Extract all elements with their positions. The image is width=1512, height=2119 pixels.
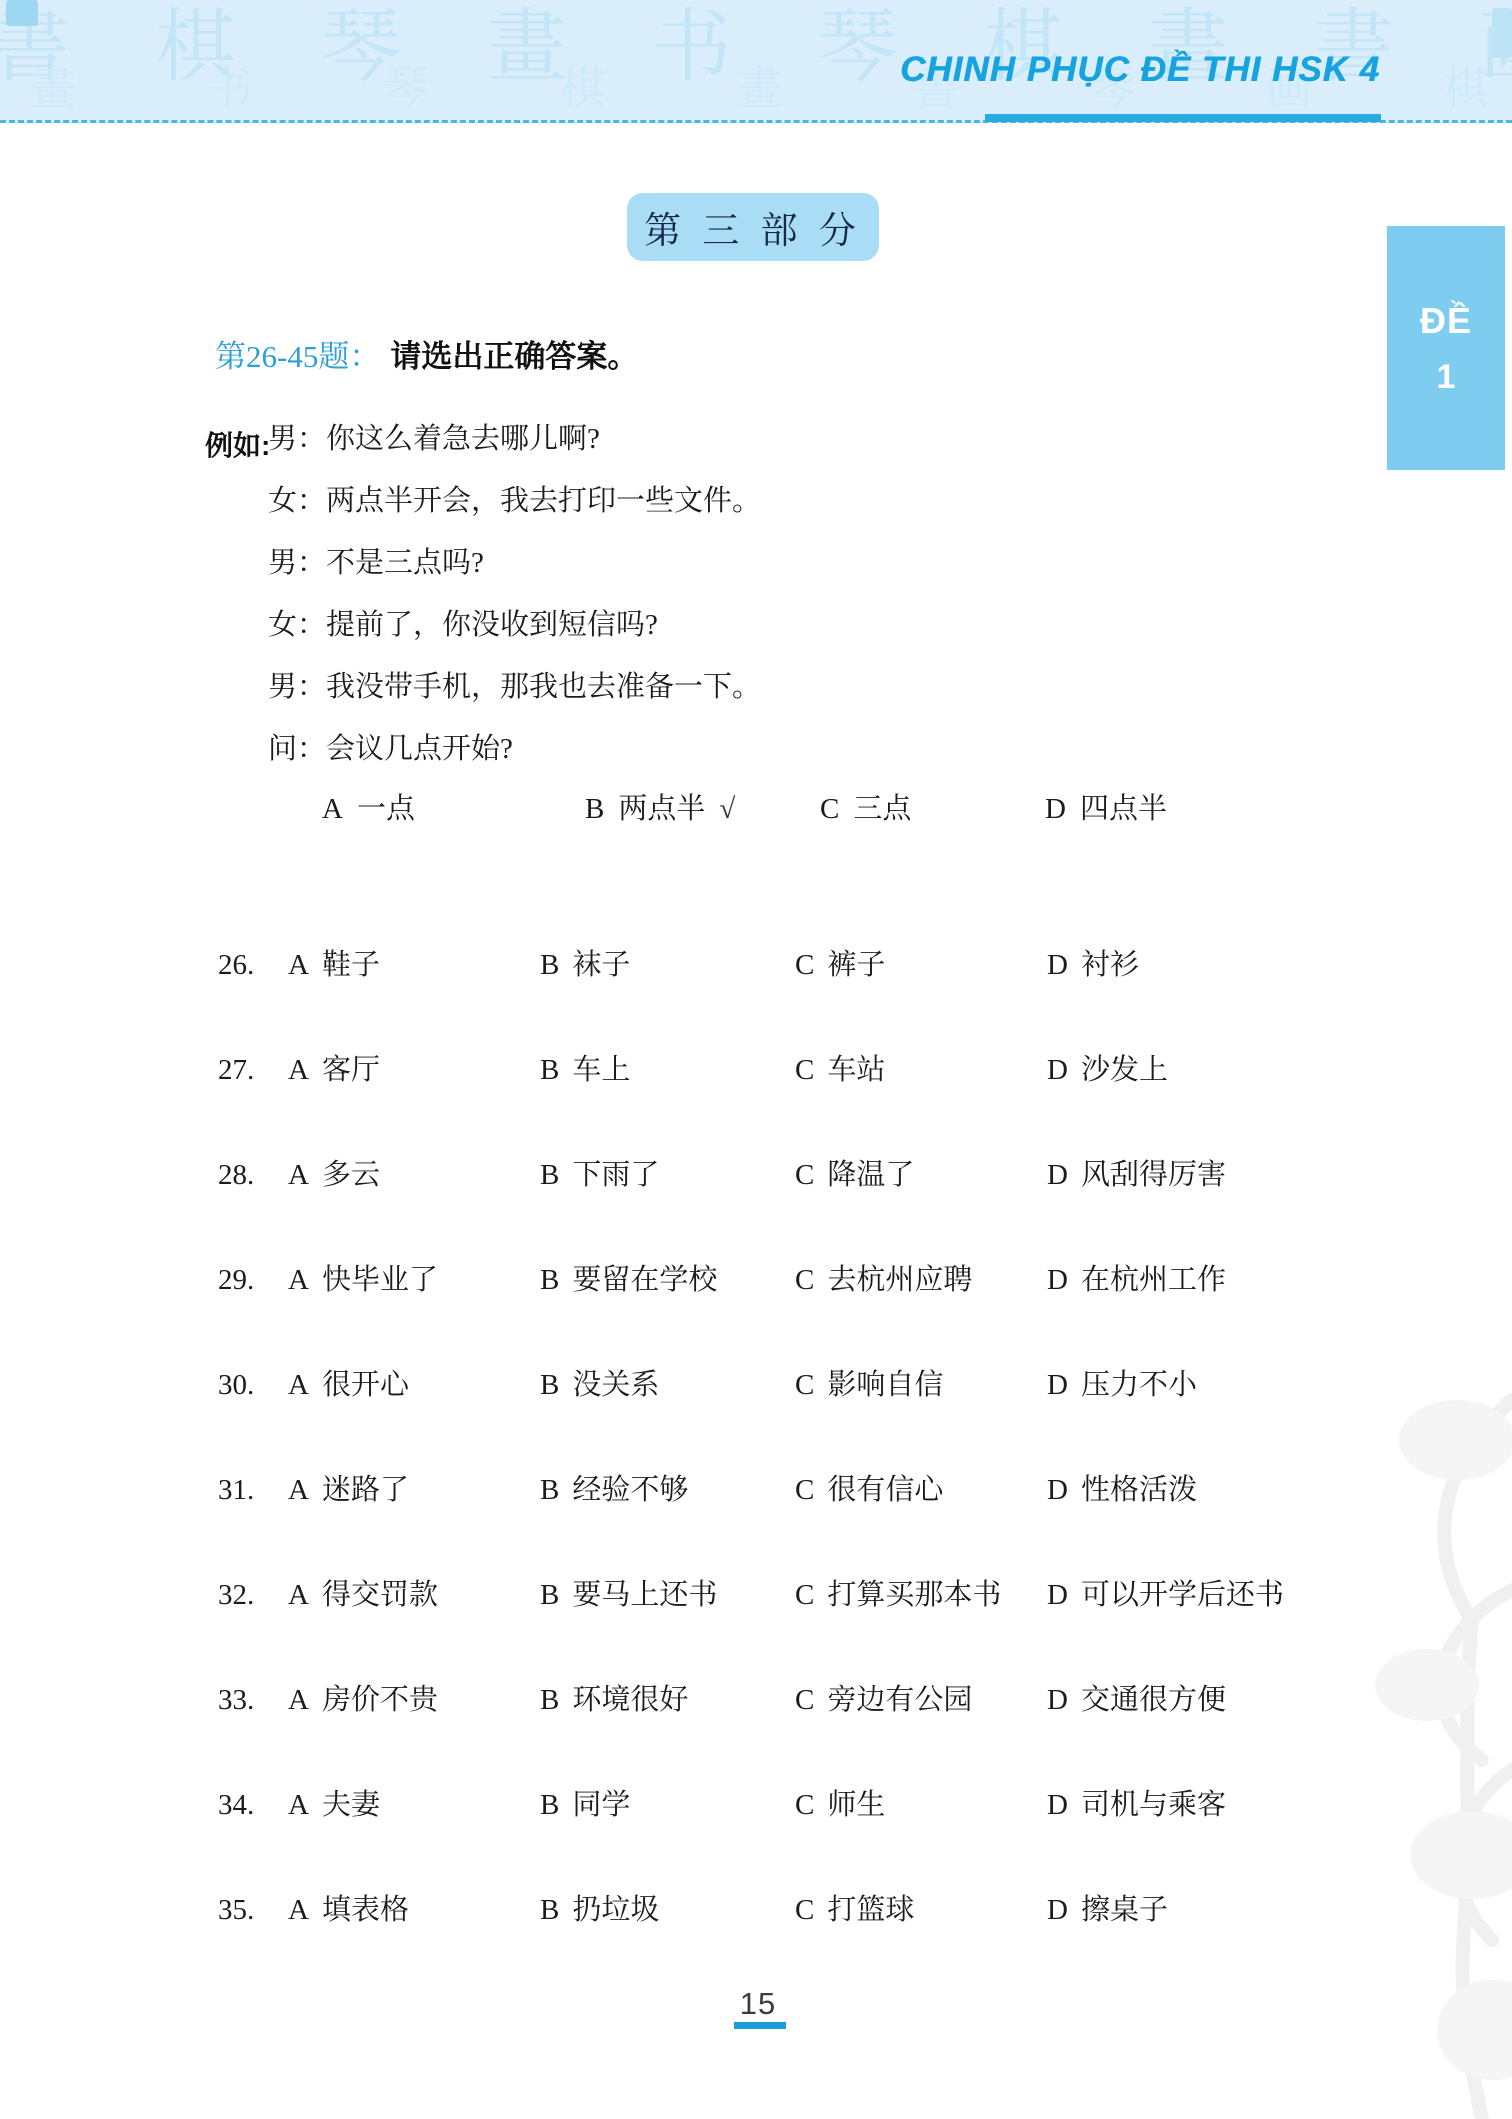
option-text: 多云 <box>322 1159 380 1191</box>
option-letter: A <box>288 1894 309 1926</box>
book-title: CHINH PHỤC ĐỀ THI HSK 4 <box>900 50 1380 90</box>
question-range: 第26-45题： <box>215 339 380 374</box>
option-letter: B <box>540 949 559 981</box>
option-text: 降温了 <box>827 1159 914 1191</box>
option-letter: B <box>540 1579 559 1611</box>
option-letter: D <box>1047 1684 1068 1716</box>
dialogue-line: 男：不是三点吗? <box>268 545 761 581</box>
option-a: A填表格 <box>288 1890 540 1930</box>
question-row: 27. A客厅 B车上 C车站 D沙发上 <box>218 1050 1168 1090</box>
question-number: 34. <box>218 1785 288 1825</box>
option-text: 要马上还书 <box>572 1579 717 1611</box>
question-row: 35. A填表格 B扔垃圾 C打篮球 D擦桌子 <box>218 1890 1168 1930</box>
question-number: 32. <box>218 1575 288 1615</box>
option-letter: C <box>795 1894 814 1926</box>
checkmark: √ <box>719 793 735 825</box>
question-row: 28. A多云 B下雨了 C降温了 D风刮得厉害 <box>218 1155 1226 1195</box>
option-text: 在杭州工作 <box>1081 1264 1226 1296</box>
option-c: C车站 <box>795 1050 1047 1090</box>
dialogue-line: 问：会议几点开始? <box>268 731 761 767</box>
side-tab-number: 1 <box>1437 358 1456 397</box>
dialogue-line: 女：提前了，你没收到短信吗? <box>268 607 761 643</box>
option-letter: C <box>795 1159 814 1191</box>
example-label: 例如: <box>205 424 270 464</box>
dialogue-line: 男：你这么着急去哪儿啊? <box>268 421 761 457</box>
option-b: B扔垃圾 <box>540 1890 795 1930</box>
question-number: 35. <box>218 1890 288 1930</box>
option-a: A很开心 <box>288 1365 540 1405</box>
option-c: C影响自信 <box>795 1365 1047 1405</box>
option-text: 要留在学校 <box>572 1264 717 1296</box>
option-text: 裤子 <box>827 949 885 981</box>
option-a: A多云 <box>288 1155 540 1195</box>
section-title-box: 第 三 部 分 <box>627 193 879 261</box>
question-row: 31. A迷路了 B经验不够 C很有信心 D性格活泼 <box>218 1470 1197 1510</box>
option-letter: C <box>795 1369 814 1401</box>
option-text: 车站 <box>827 1054 885 1086</box>
option-text: 没关系 <box>572 1369 659 1401</box>
option-text: 三点 <box>853 793 911 825</box>
option-c: C打算买那本书 <box>795 1575 1047 1615</box>
option-text: 客厅 <box>322 1054 380 1086</box>
option-c: C师生 <box>795 1785 1047 1825</box>
option-c: C裤子 <box>795 945 1047 985</box>
question-row: 34. A夫妻 B同学 C师生 D司机与乘客 <box>218 1785 1226 1825</box>
option-d: D沙发上 <box>1047 1050 1168 1090</box>
option-text: 司机与乘客 <box>1081 1789 1226 1821</box>
page-number-underline <box>734 2022 786 2029</box>
option-letter: A <box>288 1369 309 1401</box>
option-text: 四点半 <box>1080 793 1167 825</box>
title-underline-bar <box>985 114 1381 122</box>
instruction-text: 请选出正确答案。 <box>390 339 638 374</box>
option-text: 房价不贵 <box>322 1684 438 1716</box>
option-b: B要留在学校 <box>540 1260 795 1300</box>
option-text: 性格活泼 <box>1081 1474 1197 1506</box>
question-row: 33. A房价不贵 B环境很好 C旁边有公园 D交通很方便 <box>218 1680 1226 1720</box>
option-text: 两点半 <box>618 793 705 825</box>
question-number: 30. <box>218 1365 288 1405</box>
option-text: 风刮得厉害 <box>1081 1159 1226 1191</box>
option-text: 擦桌子 <box>1081 1894 1168 1926</box>
option-letter: B <box>540 1369 559 1401</box>
option-letter: A <box>288 1789 309 1821</box>
example-dialogue: 男：你这么着急去哪儿啊? 女：两点半开会，我去打印一些文件。 男：不是三点吗? … <box>268 421 761 767</box>
option-d: D擦桌子 <box>1047 1890 1168 1930</box>
option-letter: A <box>288 1474 309 1506</box>
option-letter: A <box>288 1264 309 1296</box>
example-option-b: B两点半√ <box>585 786 735 827</box>
option-a: A客厅 <box>288 1050 540 1090</box>
option-letter: D <box>1047 1054 1068 1086</box>
option-text: 一点 <box>357 793 415 825</box>
side-tab-de-1: ĐỀ 1 <box>1387 226 1505 470</box>
option-b: B同学 <box>540 1785 795 1825</box>
question-row: 32. A得交罚款 B要马上还书 C打算买那本书 D可以开学后还书 <box>218 1575 1284 1615</box>
option-d: D性格活泼 <box>1047 1470 1197 1510</box>
option-letter: D <box>1047 1369 1068 1401</box>
side-tab-label: ĐỀ <box>1420 300 1472 342</box>
question-row: 29. A快毕业了 B要留在学校 C去杭州应聘 D在杭州工作 <box>218 1260 1226 1300</box>
option-letter: D <box>1047 1159 1068 1191</box>
option-letter: B <box>540 1264 559 1296</box>
option-text: 同学 <box>572 1789 630 1821</box>
example-option-c: C三点 <box>820 786 925 827</box>
option-text: 快毕业了 <box>322 1264 438 1296</box>
option-text: 可以开学后还书 <box>1081 1579 1284 1611</box>
option-text: 影响自信 <box>827 1369 943 1401</box>
option-letter: C <box>795 1474 814 1506</box>
option-text: 很开心 <box>322 1369 409 1401</box>
option-text: 填表格 <box>322 1894 409 1926</box>
option-b: B经验不够 <box>540 1470 795 1510</box>
option-b: B袜子 <box>540 945 795 985</box>
option-letter: D <box>1047 1579 1068 1611</box>
option-letter: D <box>1047 1789 1068 1821</box>
option-d: D可以开学后还书 <box>1047 1575 1284 1615</box>
option-text: 沙发上 <box>1081 1054 1168 1086</box>
option-b: B下雨了 <box>540 1155 795 1195</box>
option-letter: A <box>288 1579 309 1611</box>
option-letter: C <box>795 1054 814 1086</box>
option-d: D交通很方便 <box>1047 1680 1226 1720</box>
option-a: A鞋子 <box>288 945 540 985</box>
option-b: B要马上还书 <box>540 1575 795 1615</box>
option-letter: B <box>540 1894 559 1926</box>
question-number: 26. <box>218 945 288 985</box>
option-letter: A <box>288 949 309 981</box>
option-text: 迷路了 <box>322 1474 409 1506</box>
option-d: D在杭州工作 <box>1047 1260 1226 1300</box>
option-b: B没关系 <box>540 1365 795 1405</box>
option-letter: B <box>585 793 604 825</box>
question-row: 26. A鞋子 B袜子 C裤子 D衬衫 <box>218 945 1139 985</box>
option-c: C降温了 <box>795 1155 1047 1195</box>
option-d: D压力不小 <box>1047 1365 1197 1405</box>
option-text: 衬衫 <box>1081 949 1139 981</box>
option-letter: D <box>1047 949 1068 981</box>
option-b: B车上 <box>540 1050 795 1090</box>
option-letter: C <box>795 1579 814 1611</box>
question-number: 27. <box>218 1050 288 1090</box>
option-letter: B <box>540 1474 559 1506</box>
option-a: A快毕业了 <box>288 1260 540 1300</box>
option-letter: B <box>540 1054 559 1086</box>
dialogue-line: 男：我没带手机，那我也去准备一下。 <box>268 669 761 705</box>
option-a: A得交罚款 <box>288 1575 540 1615</box>
page-number: 15 <box>700 1986 816 2022</box>
option-d: D衬衫 <box>1047 945 1139 985</box>
question-number: 29. <box>218 1260 288 1300</box>
option-text: 得交罚款 <box>322 1579 438 1611</box>
option-letter: A <box>288 1684 309 1716</box>
instruction-line: 第26-45题：请选出正确答案。 <box>215 331 638 376</box>
example-options-row: A一点 B两点半√ C三点 D四点半 <box>0 786 1512 826</box>
option-letter: A <box>288 1054 309 1086</box>
book-page: 書 棋 琴 畫 书 琴 棋 畫 書 画 棋 琴 書 畫 棋 琴 書 畫 书 琴 … <box>0 0 1512 2119</box>
page-header: 書 棋 琴 畫 书 琴 棋 畫 書 画 棋 琴 書 畫 棋 琴 書 畫 书 琴 … <box>0 0 1512 123</box>
option-letter: B <box>540 1684 559 1716</box>
option-text: 鞋子 <box>322 949 380 981</box>
option-letter: A <box>322 793 343 825</box>
seal-decoration-right <box>1492 8 1512 58</box>
option-letter: D <box>1047 1894 1068 1926</box>
example-option-a: A一点 <box>322 786 429 827</box>
option-text: 环境很好 <box>572 1684 688 1716</box>
question-row: 30. A很开心 B没关系 C影响自信 D压力不小 <box>218 1365 1197 1405</box>
option-letter: C <box>795 1684 814 1716</box>
option-text: 夫妻 <box>322 1789 380 1821</box>
option-text: 交通很方便 <box>1081 1684 1226 1716</box>
option-letter: A <box>288 1159 309 1191</box>
example-option-d: D四点半 <box>1045 786 1181 827</box>
option-text: 去杭州应聘 <box>827 1264 972 1296</box>
question-number: 33. <box>218 1680 288 1720</box>
option-text: 袜子 <box>572 949 630 981</box>
tree-watermark <box>1322 1290 1512 2119</box>
option-c: C打篮球 <box>795 1890 1047 1930</box>
option-text: 压力不小 <box>1081 1369 1197 1401</box>
option-letter: C <box>795 1264 814 1296</box>
option-letter: B <box>540 1789 559 1821</box>
question-number: 28. <box>218 1155 288 1195</box>
option-a: A夫妻 <box>288 1785 540 1825</box>
option-c: C旁边有公园 <box>795 1680 1047 1720</box>
option-letter: C <box>795 1789 814 1821</box>
option-text: 旁边有公园 <box>827 1684 972 1716</box>
option-text: 下雨了 <box>572 1159 659 1191</box>
option-text: 扔垃圾 <box>572 1894 659 1926</box>
question-number: 31. <box>218 1470 288 1510</box>
seal-decoration-left <box>6 0 38 26</box>
option-d: D司机与乘客 <box>1047 1785 1226 1825</box>
option-text: 打篮球 <box>827 1894 914 1926</box>
option-letter: B <box>540 1159 559 1191</box>
option-a: A迷路了 <box>288 1470 540 1510</box>
option-text: 经验不够 <box>572 1474 688 1506</box>
option-letter: D <box>1047 1264 1068 1296</box>
option-text: 很有信心 <box>827 1474 943 1506</box>
option-c: C很有信心 <box>795 1470 1047 1510</box>
option-text: 车上 <box>572 1054 630 1086</box>
dialogue-line: 女：两点半开会，我去打印一些文件。 <box>268 483 761 519</box>
option-letter: D <box>1045 793 1066 825</box>
option-c: C去杭州应聘 <box>795 1260 1047 1300</box>
option-letter: D <box>1047 1474 1068 1506</box>
option-text: 师生 <box>827 1789 885 1821</box>
option-letter: C <box>795 949 814 981</box>
option-a: A房价不贵 <box>288 1680 540 1720</box>
option-letter: C <box>820 793 839 825</box>
option-b: B环境很好 <box>540 1680 795 1720</box>
option-text: 打算买那本书 <box>827 1579 1001 1611</box>
option-d: D风刮得厉害 <box>1047 1155 1226 1195</box>
